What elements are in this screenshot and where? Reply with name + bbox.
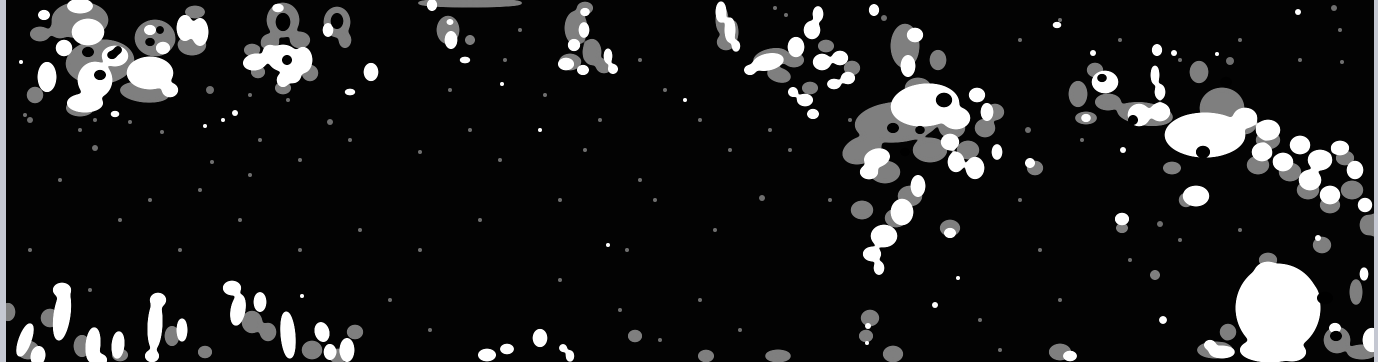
mask-background xyxy=(6,0,1374,362)
screenshot-root xyxy=(0,0,1378,362)
mask-canvas xyxy=(0,0,1378,362)
